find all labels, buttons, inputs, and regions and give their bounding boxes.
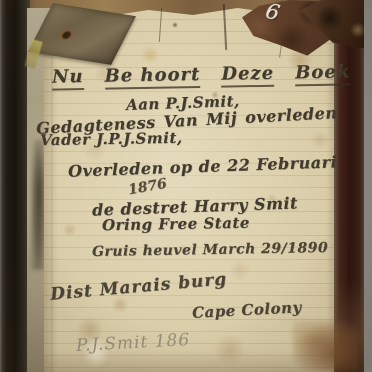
title-word: Be hoort xyxy=(104,64,200,90)
book-cover-photo: 6 Nu Be hoort Deze Boek Aan P.J.Smit, Ge… xyxy=(0,0,372,372)
book-spine-left xyxy=(0,0,30,372)
title-word: Boek xyxy=(295,61,351,86)
tape-hole xyxy=(58,29,75,41)
background-edge xyxy=(364,0,372,372)
inscription-line-father: Vader J.P.J.Smit, xyxy=(40,129,183,149)
bottom-right-stain xyxy=(293,320,359,372)
inscription-line-state: Oring Free State xyxy=(102,214,250,235)
title-word: Nu xyxy=(52,66,84,91)
title-word: Deze xyxy=(221,63,274,88)
